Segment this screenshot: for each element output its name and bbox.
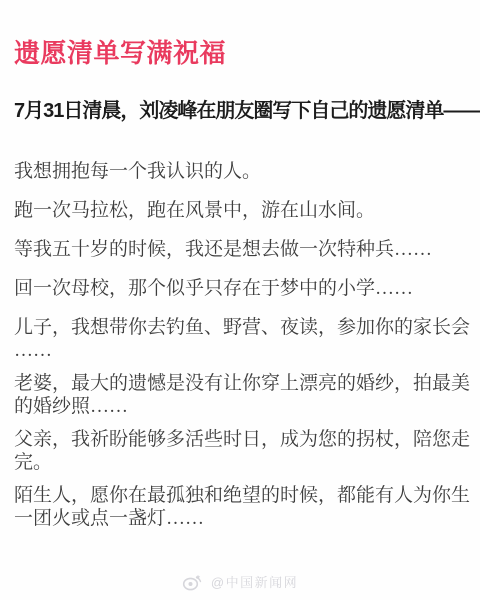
wish-list-card: 遗愿清单写满祝福 7月31日清晨，刘凌峰在朋友圈写下自己的遗愿清单—— 我想拥抱… <box>0 0 480 600</box>
wish-paragraph-7: 父亲，我祈盼能够多活些时日，成为您的拐杖，陪您走 完。 <box>14 428 476 474</box>
wish-list-body: 我想拥抱每一个我认识的人。 跑一次马拉松，跑在风景中，游在山水间。 等我五十岁的… <box>14 160 476 546</box>
wish-paragraph-2: 跑一次马拉松，跑在风景中，游在山水间。 <box>14 199 476 222</box>
wish-paragraph-4: 回一次母校，那个似乎只存在于梦中的小学…… <box>14 277 476 300</box>
page-title: 遗愿清单写满祝福 <box>14 38 226 68</box>
weibo-logo-icon <box>182 573 204 591</box>
wish-paragraph-6: 老婆，最大的遗憾是没有让你穿上漂亮的婚纱，拍最美 的婚纱照…… <box>14 372 476 418</box>
wish-paragraph-3: 等我五十岁的时候，我还是想去做一次特种兵…… <box>14 238 476 261</box>
wish-paragraph-1: 我想拥抱每一个我认识的人。 <box>14 160 476 183</box>
watermark-text: @中国新闻网 <box>211 572 298 591</box>
subtitle: 7月31日清晨，刘凌峰在朋友圈写下自己的遗愿清单—— <box>14 98 480 124</box>
wish-paragraph-8: 陌生人，愿你在最孤独和绝望的时候，都能有人为你生 一团火或点一盏灯…… <box>14 484 476 530</box>
watermark: @中国新闻网 <box>0 572 480 591</box>
wish-paragraph-5: 儿子，我想带你去钓鱼、野营、夜读，参加你的家长会 …… <box>14 316 476 362</box>
